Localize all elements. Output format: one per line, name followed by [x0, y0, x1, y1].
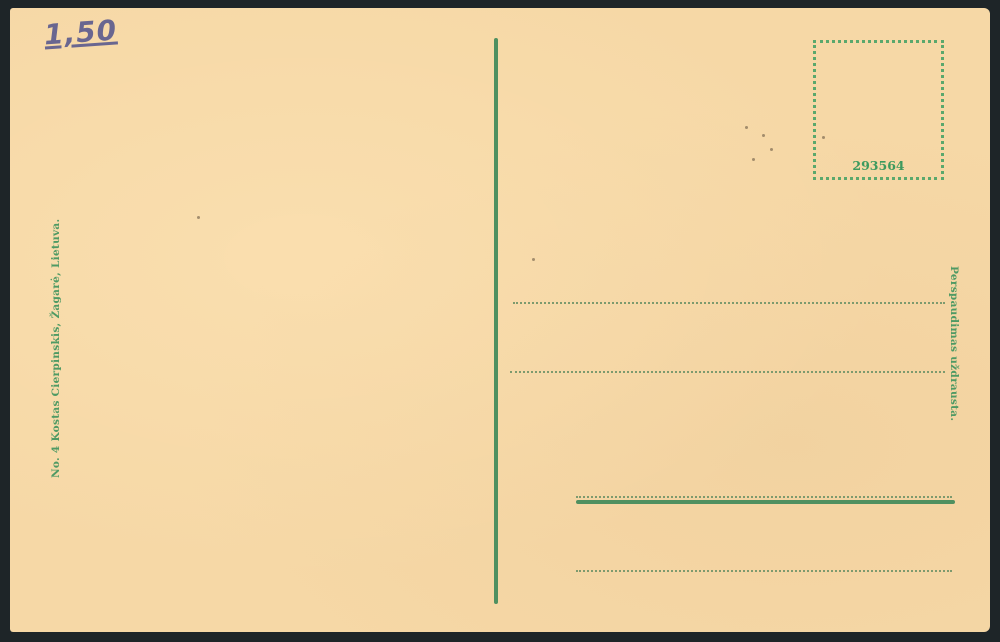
age-spot — [770, 148, 773, 151]
handwritten-price: 1,50 — [43, 13, 118, 51]
address-line-3-solid — [576, 500, 955, 504]
serial-number: 293564 — [816, 158, 941, 173]
age-spot — [822, 136, 825, 139]
stamp-box: 293564 — [813, 40, 944, 180]
postcard-back: 1,50 No. 4 Kostas Cierpinskis, Žagarė, L… — [10, 8, 990, 632]
age-spot — [532, 258, 535, 261]
publisher-imprint: No. 4 Kostas Cierpinskis, Žagarė, Lietuv… — [50, 219, 62, 478]
address-line-2 — [510, 371, 945, 373]
age-spot — [197, 216, 200, 219]
address-line-1 — [513, 302, 945, 304]
address-line-3-dotted — [576, 496, 952, 498]
age-spot — [762, 134, 765, 137]
reprint-notice: Perspaudimas uždrausta. — [948, 266, 960, 421]
center-divider-line — [494, 38, 498, 604]
age-spot — [752, 158, 755, 161]
address-line-4 — [576, 570, 952, 572]
age-spot — [745, 126, 748, 129]
